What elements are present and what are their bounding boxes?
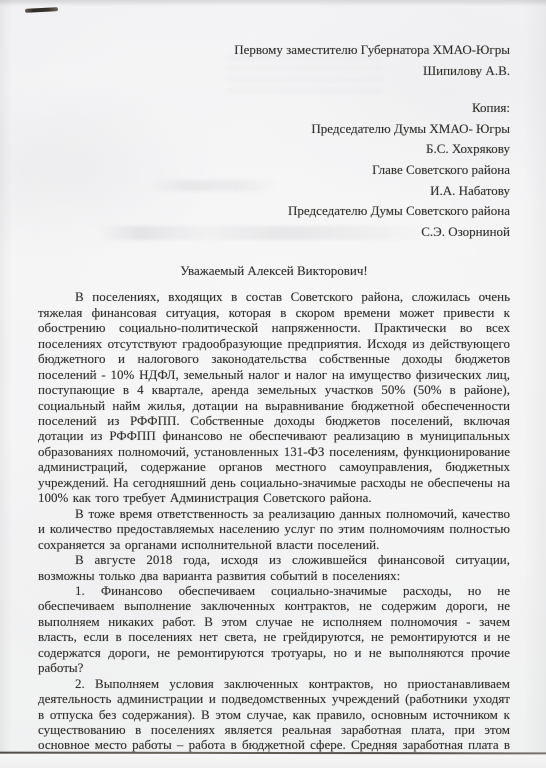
body-paragraph: В поселениях, входящих в состав Советско… <box>38 289 510 505</box>
recipient-block: Первому заместителю Губернатора ХМАО-Югр… <box>38 0 510 81</box>
body-paragraph: В августе 2018 года, исходя из сложившей… <box>38 552 510 583</box>
body-paragraph: В тоже время ответственность за реализац… <box>38 506 510 552</box>
letter-content: Первому заместителю Губернатора ХМАО-Югр… <box>38 0 510 768</box>
copy-recipient-line: Председателю Думы Советского района <box>38 201 510 222</box>
copy-recipient-line: Б.С. Хохрякову <box>38 139 510 160</box>
scanned-letter-page: Первому заместителю Губернатора ХМАО-Югр… <box>0 0 546 768</box>
body-paragraph: 1. Финансово обеспечиваем социально-знач… <box>38 583 510 676</box>
scanner-background <box>0 754 546 768</box>
recipient-line: Шипилову А.В. <box>38 61 510 82</box>
copy-recipient-line: Главе Советского района <box>38 160 510 181</box>
salutation: Уважаемый Алексей Викторович! <box>38 261 510 281</box>
copy-recipients-block: Председателю Думы ХМАО- Югры Б.С. Хохряк… <box>38 119 510 243</box>
copy-label: Копия: <box>38 98 510 119</box>
copy-recipient-line: Председателю Думы ХМАО- Югры <box>38 119 510 140</box>
copy-recipient-line: С.Э. Озорниной <box>38 222 510 243</box>
recipient-line: Первому заместителю Губернатора ХМАО-Югр… <box>38 40 510 61</box>
copy-recipient-line: И.А. Набатову <box>38 181 510 202</box>
letter-body: В поселениях, входящих в состав Советско… <box>38 289 510 768</box>
